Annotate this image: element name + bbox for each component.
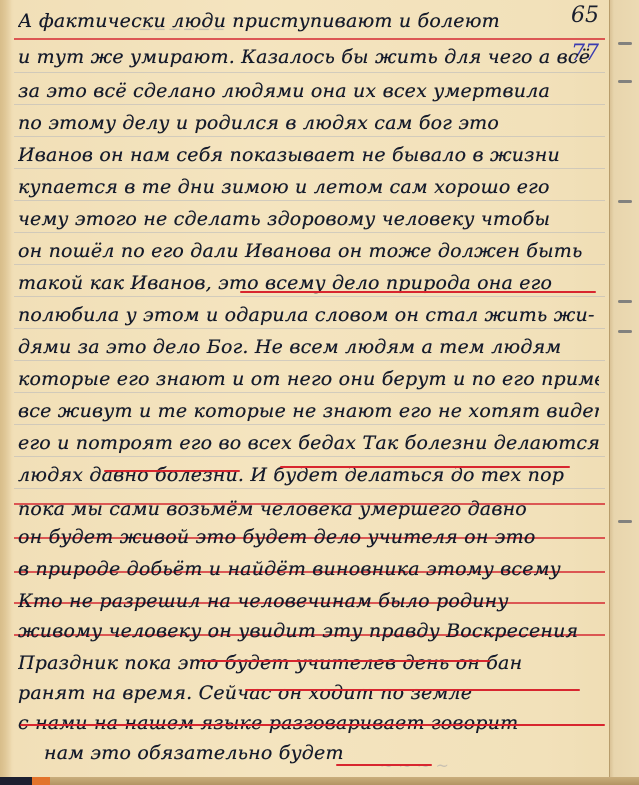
- page-bottom-edge: [0, 777, 639, 785]
- red-underline-annotation: [20, 724, 605, 726]
- handwritten-line: полюбила у этом и одарила словом он стал…: [18, 300, 599, 332]
- page-binding-shadow: [0, 0, 12, 785]
- handwritten-line: которые его знают и от него они берут и …: [18, 364, 599, 396]
- handwritten-line: все живут и те которые не знают его не х…: [18, 396, 599, 428]
- binding-tab: [32, 777, 50, 785]
- handwritten-line: купается в те дни зимою и летом сам хоро…: [18, 172, 599, 204]
- notebook-page: ─ ─ ─ ─ ─ ─ ~ ~ ~ ~ 65 77 А фактически л…: [0, 0, 639, 785]
- handwritten-line: людях давно болезни. И будет делаться до…: [18, 460, 599, 492]
- ink-mark: [618, 200, 632, 203]
- red-underline-annotation: [104, 470, 240, 472]
- handwritten-line: живому человеку он увидит эту правду Вос…: [18, 616, 599, 648]
- red-underline-annotation: [280, 466, 570, 468]
- ink-mark: [618, 300, 632, 303]
- handwritten-line: и тут же умирают. Казалось бы жить для ч…: [18, 42, 599, 74]
- ink-mark: [618, 520, 632, 523]
- binding-corner: [0, 777, 32, 785]
- handwritten-line: Праздник пока это будет учителев день он…: [18, 648, 599, 680]
- handwritten-line: такой как Иванов, это всему дело природа…: [18, 268, 599, 300]
- handwritten-line: нам это обязательно будет: [44, 738, 599, 770]
- handwritten-line: А фактически люди приступивают и болеют: [18, 6, 599, 38]
- handwritten-line: чему этого не сделать здоровому человеку…: [18, 204, 599, 236]
- ink-mark: [618, 80, 632, 83]
- red-underline-annotation: [240, 291, 596, 293]
- handwritten-line: ранят на время. Сейчас он ходит по земле: [18, 678, 599, 710]
- ink-mark: [618, 330, 632, 333]
- red-rule-line: [14, 38, 605, 40]
- handwritten-line: дями за это дело Бог. Не всем людям а те…: [18, 332, 599, 364]
- handwritten-line: Иванов он нам себя показывает не бывало …: [18, 140, 599, 172]
- handwritten-line: по этому делу и родился в людях сам бог …: [18, 108, 599, 140]
- handwritten-line: Кто не разрешил на человечинам было роди…: [18, 586, 599, 618]
- red-underline-annotation: [336, 764, 432, 766]
- handwritten-line: он пошёл по его дали Иванова он тоже дол…: [18, 236, 599, 268]
- handwritten-line: за это всё сделано людями она их всех ум…: [18, 76, 599, 108]
- red-underline-annotation: [200, 660, 490, 662]
- ink-mark: [618, 42, 632, 45]
- handwritten-line: он будет живой это будет дело учителя он…: [18, 522, 599, 554]
- adjacent-page-edge: [609, 0, 639, 785]
- handwritten-line: в природе добьёт и найдёт виновника этом…: [18, 554, 599, 586]
- handwritten-line: его и потроят его во всех бедах Так боле…: [18, 428, 599, 460]
- red-underline-annotation: [245, 689, 580, 691]
